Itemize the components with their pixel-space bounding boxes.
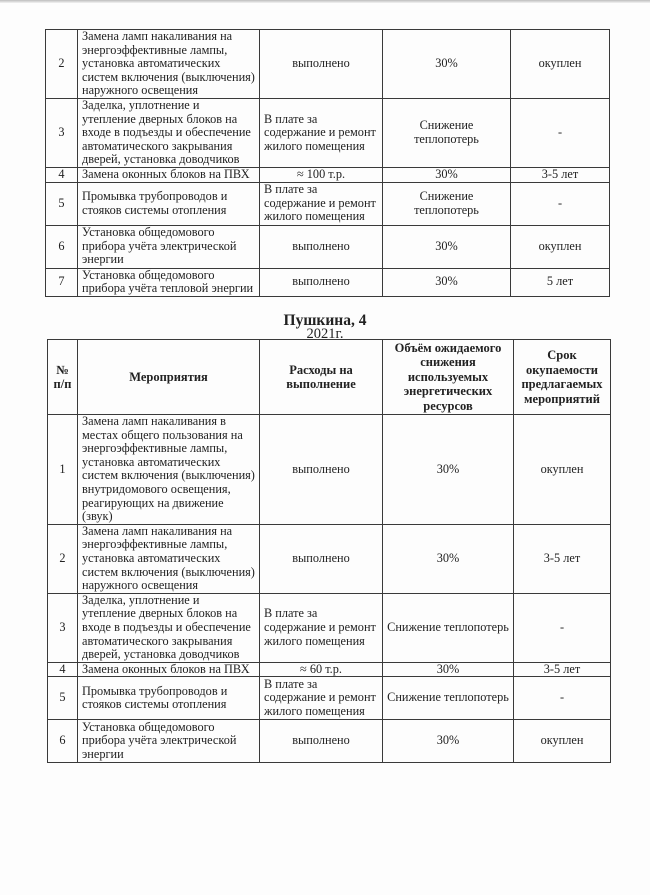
cost-cell: В плате за содержание и ремонт жилого по… xyxy=(260,99,383,168)
row-number: 6 xyxy=(48,720,78,763)
effect-cell: Снижение теплопотерь xyxy=(383,182,511,225)
cost-cell: выполнено xyxy=(260,30,383,99)
cost-cell: выполнено xyxy=(260,720,383,763)
table-header-row: № п/п Мероприятия Расходы на выполнение … xyxy=(48,340,611,415)
activity-cell: Замена ламп накаливания на энергоэффекти… xyxy=(78,524,260,593)
effect-cell: 30% xyxy=(383,662,514,677)
activity-cell: Замена оконных блоков на ПВХ xyxy=(78,662,260,677)
table-row: 3 Заделка, уплотнение и утепление дверны… xyxy=(46,99,610,168)
cost-cell: выполнено xyxy=(260,524,383,593)
row-number: 4 xyxy=(46,167,78,182)
row-number: 3 xyxy=(46,99,78,168)
activity-cell: Промывка трубопроводов и стояков системы… xyxy=(78,677,260,720)
activity-cell: Замена ламп накаливания в местах общего … xyxy=(78,415,260,525)
effect-cell: 30% xyxy=(383,30,511,99)
payback-cell: 3-5 лет xyxy=(511,167,610,182)
activity-cell: Установка общедомового прибора учёта эле… xyxy=(78,720,260,763)
effect-cell: 30% xyxy=(383,268,511,296)
cost-cell: выполнено xyxy=(260,225,383,268)
row-number: 1 xyxy=(48,415,78,525)
header-num: № п/п xyxy=(48,340,78,415)
row-number: 5 xyxy=(48,677,78,720)
row-number: 3 xyxy=(48,593,78,662)
payback-cell: окуплен xyxy=(511,225,610,268)
table-row: 4 Замена оконных блоков на ПВХ ≈ 100 т.р… xyxy=(46,167,610,182)
effect-cell: Снижение теплопотерь xyxy=(383,677,514,720)
measures-table: № п/п Мероприятия Расходы на выполнение … xyxy=(47,339,611,763)
table-row: 5 Промывка трубопроводов и стояков систе… xyxy=(48,677,611,720)
cost-cell: В плате за содержание и ремонт жилого по… xyxy=(260,593,383,662)
payback-cell: - xyxy=(514,593,611,662)
row-number: 4 xyxy=(48,662,78,677)
effect-cell: Снижение теплопотерь xyxy=(383,593,514,662)
row-number: 5 xyxy=(46,182,78,225)
header-cost: Расходы на выполнение xyxy=(260,340,383,415)
table-row: 6 Установка общедомового прибора учёта э… xyxy=(48,720,611,763)
table-row: 1 Замена ламп накаливания в местах общег… xyxy=(48,415,611,525)
cost-cell: ≈ 60 т.р. xyxy=(260,662,383,677)
payback-cell: окуплен xyxy=(511,30,610,99)
cost-cell: В плате за содержание и ремонт жилого по… xyxy=(260,677,383,720)
row-number: 2 xyxy=(48,524,78,593)
activity-cell: Установка общедомового прибора учёта эле… xyxy=(78,225,260,268)
payback-cell: - xyxy=(514,677,611,720)
cost-cell: ≈ 100 т.р. xyxy=(260,167,383,182)
row-number: 7 xyxy=(46,268,78,296)
cost-cell: выполнено xyxy=(260,268,383,296)
payback-cell: 3-5 лет xyxy=(514,524,611,593)
table-row: 2 Замена ламп накаливания на энергоэффек… xyxy=(48,524,611,593)
effect-cell: 30% xyxy=(383,720,514,763)
effect-cell: 30% xyxy=(383,167,511,182)
table-row: 7 Установка общедомового прибора учёта т… xyxy=(46,268,610,296)
activity-cell: Промывка трубопроводов и стояков системы… xyxy=(78,182,260,225)
measures-table-continued: 2 Замена ламп накаливания на энергоэффек… xyxy=(45,29,610,297)
payback-cell: - xyxy=(511,99,610,168)
header-payback: Срок окупаемости предлагаемых мероприяти… xyxy=(514,340,611,415)
payback-cell: окуплен xyxy=(514,720,611,763)
page-top-edge xyxy=(0,0,650,3)
table-row: 6 Установка общедомового прибора учёта э… xyxy=(46,225,610,268)
effect-cell: Снижение теплопотерь xyxy=(383,99,511,168)
payback-cell: 5 лет xyxy=(511,268,610,296)
row-number: 6 xyxy=(46,225,78,268)
table-row: 4 Замена оконных блоков на ПВХ ≈ 60 т.р.… xyxy=(48,662,611,677)
header-effect: Объём ожидаемого снижения используемых э… xyxy=(383,340,514,415)
table-row: 5 Промывка трубопроводов и стояков систе… xyxy=(46,182,610,225)
table-row: 2 Замена ламп накаливания на энергоэффек… xyxy=(46,30,610,99)
row-number: 2 xyxy=(46,30,78,99)
payback-cell: окуплен xyxy=(514,415,611,525)
effect-cell: 30% xyxy=(383,225,511,268)
activity-cell: Замена ламп накаливания на энергоэффекти… xyxy=(78,30,260,99)
activity-cell: Замена оконных блоков на ПВХ xyxy=(78,167,260,182)
table-row: 3 Заделка, уплотнение и утепление дверны… xyxy=(48,593,611,662)
payback-cell: - xyxy=(511,182,610,225)
cost-cell: выполнено xyxy=(260,415,383,525)
effect-cell: 30% xyxy=(383,415,514,525)
activity-cell: Заделка, уплотнение и утепление дверных … xyxy=(78,99,260,168)
payback-cell: 3-5 лет xyxy=(514,662,611,677)
effect-cell: 30% xyxy=(383,524,514,593)
activity-cell: Заделка, уплотнение и утепление дверных … xyxy=(78,593,260,662)
activity-cell: Установка общедомового прибора учёта теп… xyxy=(78,268,260,296)
header-activity: Мероприятия xyxy=(78,340,260,415)
cost-cell: В плате за содержание и ремонт жилого по… xyxy=(260,182,383,225)
